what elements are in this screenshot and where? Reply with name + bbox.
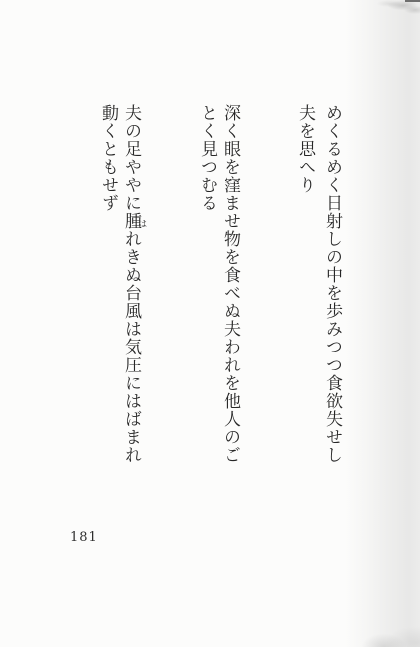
book-page: めくるめく日射しの中を歩みつつ食欲失せし 夫を思へり 深く眼を窪ませ物を食べぬ夫… (0, 0, 420, 647)
poem-1-line-1: めくるめく日射しの中を歩みつつ食欲失せし (322, 104, 341, 464)
poem-1-line-2: 夫を思へり (295, 104, 314, 194)
poem-3-line-1: 夫の足ややに腫れきぬ台風は気圧にはばまれ (121, 104, 140, 464)
furigana-ha: は (138, 217, 147, 230)
scan-smudge-top-right (358, 0, 420, 18)
scan-edge-mark (405, 0, 420, 2)
scan-smudge-bottom-right (340, 605, 420, 647)
page-gutter-shadow (345, 0, 420, 647)
page-number: 181 (70, 530, 98, 545)
poem-3-line-2: 動くともせず (98, 104, 117, 212)
poem-2-line-1: 深く眼を窪ませ物を食べぬ夫われを他人のご (220, 104, 239, 464)
poem-2-line-2: とく見つむる (197, 104, 216, 212)
